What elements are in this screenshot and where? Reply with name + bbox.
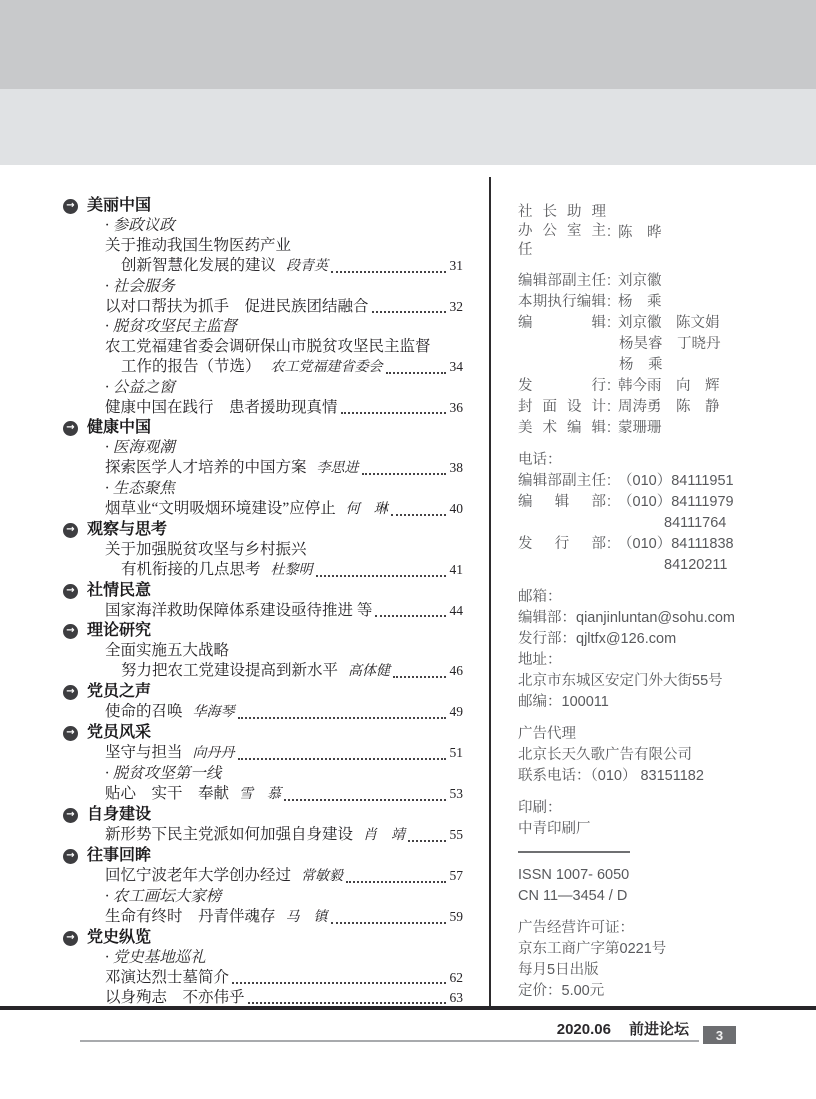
- toc-entry-title: 健康中国在践行 患者援助现真情: [105, 398, 338, 418]
- section-arrow-icon: →: [63, 199, 78, 214]
- toc-entry-page: 36: [450, 398, 464, 418]
- toc-entry: 创新智慧化发展的建议段青英31: [63, 256, 463, 277]
- footer: 2020.06前进论坛 3: [80, 1018, 736, 1042]
- masthead-colon: :: [607, 376, 611, 397]
- column-divider: [489, 177, 491, 1007]
- toc-section-label: 健康中国: [87, 418, 151, 438]
- dot-leader: [341, 412, 446, 414]
- toc-section-label: 社情民意: [87, 581, 151, 601]
- footer-thick-rule: [0, 1006, 816, 1010]
- masthead-value: 韩今雨 向 辉: [618, 376, 720, 397]
- dot-leader: [375, 615, 445, 617]
- masthead-label: 办 公 室 主 任: [518, 222, 606, 260]
- masthead-block: 编辑部副主任:刘京徽本期执行编辑:杨 乘编 辑:刘京徽 陈文娟杨昊睿 丁晓丹杨 …: [518, 271, 770, 439]
- toc-entry-page: 59: [450, 907, 464, 927]
- masthead-block: ISSN 1007- 6050CN 11—3454 / D: [518, 865, 770, 907]
- masthead-row: 编 辑:刘京徽 陈文娟: [518, 313, 770, 334]
- toc-title-line: 关于推动我国生物医药产业: [63, 236, 463, 256]
- masthead-text: 联系电话：（010） 83151182: [518, 766, 770, 787]
- section-arrow-icon: →: [63, 523, 78, 538]
- masthead-text: 电话：: [518, 450, 770, 471]
- masthead-row: 发 行:韩今雨 向 辉: [518, 376, 770, 397]
- masthead-text: 每月5日出版: [518, 960, 770, 981]
- masthead-separator-rule: [518, 851, 630, 853]
- masthead-text: 编辑部：qianjinluntan@sohu.com: [518, 608, 770, 629]
- toc-entry: 回忆宁波老年大学创办经过常敏毅57: [63, 866, 463, 887]
- masthead-label: 本期执行编辑: [518, 292, 606, 313]
- toc-section-label: 党员风采: [87, 723, 151, 743]
- toc-entry-page: 51: [450, 743, 464, 763]
- masthead-colon: :: [607, 224, 611, 240]
- toc-section-header: →健康中国: [63, 418, 463, 438]
- toc-section-label: 党员之声: [87, 682, 151, 702]
- header-band-light: [0, 89, 816, 165]
- masthead-text: 中青印刷厂: [518, 819, 770, 840]
- masthead-text: 邮编：100011: [518, 692, 770, 713]
- masthead-text: 发行部：qjltfx@126.com: [518, 629, 770, 650]
- section-arrow-icon: →: [63, 685, 78, 700]
- page-number: 3: [716, 1028, 723, 1043]
- toc-entry: 国家海洋救助保障体系建设亟待推进 等44: [63, 601, 463, 621]
- toc-entry-page: 38: [450, 458, 464, 478]
- masthead-label: 封 面 设 计: [518, 397, 606, 418]
- masthead-text: 地址：: [518, 650, 770, 671]
- footer-baseline-rule: [80, 1022, 551, 1042]
- toc-entry-page: 34: [450, 357, 464, 377]
- masthead-label: 编辑部副主任: [518, 271, 606, 292]
- toc-entry-title: 生命有终时 丹青伴魂存: [105, 907, 276, 927]
- masthead-label: 发 行: [518, 376, 606, 397]
- toc-entry-page: 49: [450, 702, 464, 722]
- toc-entry-author: 杜黎明: [271, 561, 313, 581]
- toc-subcategory: · 参政议政: [63, 216, 463, 236]
- toc-section-header: →理论研究: [63, 621, 463, 641]
- toc-subcategory: · 生态聚焦: [63, 479, 463, 499]
- toc-section-header: →党史纵览: [63, 928, 463, 948]
- masthead-continuation: 84111764: [518, 513, 770, 534]
- toc-section-header: →观察与思考: [63, 520, 463, 540]
- toc-entry-page: 40: [450, 499, 464, 519]
- toc-section-header: →党员之声: [63, 682, 463, 702]
- section-arrow-icon: →: [63, 931, 78, 946]
- masthead-block: 社 长 助 理办 公 室 主 任:陈 晔: [518, 203, 770, 260]
- toc-entry-page: 41: [450, 560, 464, 580]
- masthead-colon: :: [607, 471, 611, 492]
- masthead-continuation: 84120211: [518, 555, 770, 576]
- toc-section-header: →美丽中国: [63, 196, 463, 216]
- toc-entry-author: 李思进: [317, 459, 359, 479]
- section-arrow-icon: →: [63, 726, 78, 741]
- dot-leader: [408, 840, 445, 842]
- masthead-text: ISSN 1007- 6050: [518, 865, 770, 886]
- toc-entry-page: 62: [450, 968, 464, 988]
- dot-leader: [346, 881, 445, 883]
- masthead-row: 编辑部副主任:刘京徽: [518, 271, 770, 292]
- masthead-value: 周涛勇 陈 静: [618, 397, 720, 418]
- header-band-dark: [0, 0, 816, 89]
- dot-leader: [316, 575, 446, 577]
- toc-section-header: →往事回眸: [63, 846, 463, 866]
- toc-entry-title: 新形势下民主党派如何加强自身建设: [105, 825, 353, 845]
- toc-entry-page: 57: [450, 866, 464, 886]
- masthead-block: 广告代理北京长天久歌广告有限公司联系电话：（010） 83151182: [518, 724, 770, 787]
- toc-entry: 努力把农工党建设提高到新水平高体健46: [63, 661, 463, 682]
- toc-entry-author: 段青英: [286, 257, 328, 277]
- section-arrow-icon: →: [63, 808, 78, 823]
- masthead-value: 刘京徽 陈文娟: [618, 313, 720, 334]
- toc-entry-author: 常敏毅: [301, 867, 343, 887]
- toc-entry: 健康中国在践行 患者援助现真情36: [63, 398, 463, 418]
- masthead-colon: :: [607, 418, 611, 439]
- toc-entry-page: 32: [450, 297, 464, 317]
- masthead-row: 发 行 部:（010）84111838: [518, 534, 770, 555]
- page-number-badge: 3: [703, 1026, 736, 1044]
- toc-section-label: 党史纵览: [87, 928, 151, 948]
- toc-section-header: →社情民意: [63, 581, 463, 601]
- toc-entry-title: 努力把农工党建设提高到新水平: [121, 661, 338, 681]
- toc-subcategory: · 党史基地巡礼: [63, 948, 463, 968]
- toc-entry-title: 回忆宁波老年大学创办经过: [105, 866, 291, 886]
- toc-section-label: 美丽中国: [87, 196, 151, 216]
- toc-entry-page: 31: [450, 256, 464, 276]
- toc-entry-author: 何 琳: [346, 500, 388, 520]
- toc-entry-title: 国家海洋救助保障体系建设亟待推进 等: [105, 601, 372, 621]
- masthead-row: 编 辑 部:（010）84111979: [518, 492, 770, 513]
- magazine-title: 前进论坛: [629, 1021, 689, 1038]
- masthead-text: 北京市东城区安定门外大街55号: [518, 671, 770, 692]
- toc-entry-title: 坚守与担当: [105, 743, 183, 763]
- dot-leader: [391, 514, 446, 516]
- dot-leader: [284, 799, 445, 801]
- toc-entry-author: 农工党福建省委会: [271, 358, 383, 378]
- masthead-colon: :: [607, 492, 611, 513]
- masthead-colon: :: [607, 292, 611, 313]
- toc-entry-title: 烟草业“文明吸烟环境建设”应停止: [105, 499, 336, 519]
- toc-title-line: 全面实施五大战略: [63, 641, 463, 661]
- toc-title-line: 关于加强脱贫攻坚与乡村振兴: [63, 540, 463, 560]
- masthead-label: 编 辑 部: [518, 492, 606, 513]
- toc-subcategory: · 农工画坛大家榜: [63, 887, 463, 907]
- toc-entry-author: 雪 慕: [239, 785, 281, 805]
- toc-entry: 烟草业“文明吸烟环境建设”应停止何 琳40: [63, 499, 463, 520]
- toc-entry: 以对口帮扶为抓手 促进民族团结融合32: [63, 297, 463, 317]
- masthead-text: 邮箱：: [518, 587, 770, 608]
- masthead-colon: :: [607, 271, 611, 292]
- masthead-continuation: 杨 乘: [518, 355, 770, 376]
- toc-entry-page: 53: [450, 784, 464, 804]
- toc-entry: 新形势下民主党派如何加强自身建设肖 靖55: [63, 825, 463, 846]
- masthead-value: 杨 乘: [618, 292, 662, 313]
- toc-entry-title: 以身殉志 不亦伟乎: [105, 988, 245, 1008]
- masthead-row: 编辑部副主任:（010）84111951: [518, 471, 770, 492]
- toc-entry-title: 邓演达烈士墓简介: [105, 968, 229, 988]
- masthead-colon: :: [607, 534, 611, 555]
- toc-entry: 坚守与担当向丹丹51: [63, 743, 463, 764]
- masthead-value: 陈 晔: [618, 221, 662, 242]
- toc-entry: 有机衔接的几点思考杜黎明41: [63, 560, 463, 581]
- toc-entry: 使命的召唤华海琴49: [63, 702, 463, 723]
- toc-entry-title: 以对口帮扶为抓手 促进民族团结融合: [105, 297, 369, 317]
- toc-entry-title: 探索医学人才培养的中国方案: [105, 458, 307, 478]
- masthead-label: 编 辑: [518, 313, 606, 334]
- toc-entry-page: 44: [450, 601, 464, 621]
- masthead-continuation: 杨昊睿 丁晓丹: [518, 334, 770, 355]
- section-arrow-icon: →: [63, 624, 78, 639]
- masthead-brace-row: 社 长 助 理办 公 室 主 任:陈 晔: [518, 203, 770, 260]
- dot-leader: [238, 717, 446, 719]
- toc-subcategory: · 社会服务: [63, 277, 463, 297]
- toc-title-line: 农工党福建省委会调研保山市脱贫攻坚民主监督: [63, 337, 463, 357]
- toc-section-label: 自身建设: [87, 805, 151, 825]
- dot-leader: [248, 1002, 446, 1004]
- masthead: 社 长 助 理办 公 室 主 任:陈 晔编辑部副主任:刘京徽本期执行编辑:杨 乘…: [518, 203, 770, 1013]
- dot-leader: [372, 311, 446, 313]
- toc-entry: 贴心 实干 奉献雪 慕53: [63, 784, 463, 805]
- masthead-brace-labels: 社 长 助 理办 公 室 主 任: [518, 203, 606, 260]
- toc-entry-title: 工作的报告（节选）: [121, 357, 261, 377]
- toc-entry-title: 使命的召唤: [105, 702, 183, 722]
- footer-issue-info: 2020.06前进论坛: [551, 1018, 699, 1042]
- masthead-row: 本期执行编辑:杨 乘: [518, 292, 770, 313]
- toc-subcategory: · 公益之窗: [63, 378, 463, 398]
- masthead-block: 邮箱：编辑部：qianjinluntan@sohu.com发行部：qjltfx@…: [518, 587, 770, 713]
- masthead-label: 发 行 部: [518, 534, 606, 555]
- dot-leader: [331, 922, 446, 924]
- section-arrow-icon: →: [63, 849, 78, 864]
- toc-entry-page: 63: [450, 988, 464, 1008]
- masthead-label: 编辑部副主任: [518, 471, 606, 492]
- masthead-text: 定价：5.00元: [518, 981, 770, 1002]
- masthead-text: 广告经营许可证：: [518, 918, 770, 939]
- toc-subcategory: · 脱贫攻坚民主监督: [63, 317, 463, 337]
- toc-entry: 生命有终时 丹青伴魂存马 镇59: [63, 907, 463, 928]
- toc-entry-author: 高体健: [348, 662, 390, 682]
- masthead-row: 美 术 编 辑:蒙珊珊: [518, 418, 770, 439]
- masthead-colon: :: [607, 313, 611, 334]
- toc-section-label: 往事回眸: [87, 846, 151, 866]
- dot-leader: [386, 372, 446, 374]
- masthead-text: 京东工商广字第0221号: [518, 939, 770, 960]
- toc-entry-page: 46: [450, 661, 464, 681]
- toc-entry-title: 有机衔接的几点思考: [121, 560, 261, 580]
- magazine-toc-page: { "header": { "band_dark_color": "#c8c9c…: [0, 0, 816, 1099]
- masthead-value: （010）84111951: [618, 471, 734, 492]
- issue-date: 2020.06: [557, 1021, 611, 1038]
- masthead-value: 蒙珊珊: [618, 418, 662, 439]
- toc: →美丽中国· 参政议政关于推动我国生物医药产业创新智慧化发展的建议段青英31· …: [63, 196, 463, 1008]
- toc-entry: 探索医学人才培养的中国方案李思进38: [63, 458, 463, 479]
- masthead-text: 广告代理: [518, 724, 770, 745]
- dot-leader: [331, 271, 445, 273]
- toc-entry-title: 创新智慧化发展的建议: [121, 256, 276, 276]
- masthead-value: （010）84111838: [618, 534, 734, 555]
- dot-leader: [238, 758, 446, 760]
- toc-subcategory: · 医海观潮: [63, 438, 463, 458]
- toc-section-label: 理论研究: [87, 621, 151, 641]
- toc-section-label: 观察与思考: [87, 520, 167, 540]
- dot-leader: [362, 473, 446, 475]
- masthead-block: 电话：编辑部副主任:（010）84111951编 辑 部:（010）841119…: [518, 450, 770, 576]
- toc-entry: 邓演达烈士墓简介62: [63, 968, 463, 988]
- masthead-colon: :: [607, 397, 611, 418]
- section-arrow-icon: →: [63, 584, 78, 599]
- toc-entry-page: 55: [450, 825, 464, 845]
- toc-entry: 工作的报告（节选）农工党福建省委会34: [63, 357, 463, 378]
- toc-entry-author: 马 镇: [286, 908, 328, 928]
- masthead-value: （010）84111979: [618, 492, 734, 513]
- toc-entry-author: 向丹丹: [193, 744, 235, 764]
- masthead-label: 社 长 助 理: [518, 203, 606, 222]
- section-arrow-icon: →: [63, 421, 78, 436]
- masthead-text: 北京长天久歌广告有限公司: [518, 745, 770, 766]
- toc-entry-author: 肖 靖: [363, 826, 405, 846]
- masthead-text: CN 11—3454 / D: [518, 886, 770, 907]
- masthead-row: 封 面 设 计:周涛勇 陈 静: [518, 397, 770, 418]
- toc-entry: 以身殉志 不亦伟乎63: [63, 988, 463, 1008]
- masthead-block: 广告经营许可证：京东工商广字第0221号每月5日出版定价：5.00元: [518, 918, 770, 1002]
- toc-entry-title: 贴心 实干 奉献: [105, 784, 229, 804]
- masthead-label: 美 术 编 辑: [518, 418, 606, 439]
- dot-leader: [232, 982, 445, 984]
- toc-subcategory: · 脱贫攻坚第一线: [63, 764, 463, 784]
- masthead-value: 刘京徽: [618, 271, 662, 292]
- masthead-text: 印刷：: [518, 798, 770, 819]
- toc-section-header: →党员风采: [63, 723, 463, 743]
- masthead-block: 印刷：中青印刷厂: [518, 798, 770, 840]
- toc-entry-author: 华海琴: [193, 703, 235, 723]
- dot-leader: [393, 676, 445, 678]
- toc-section-header: →自身建设: [63, 805, 463, 825]
